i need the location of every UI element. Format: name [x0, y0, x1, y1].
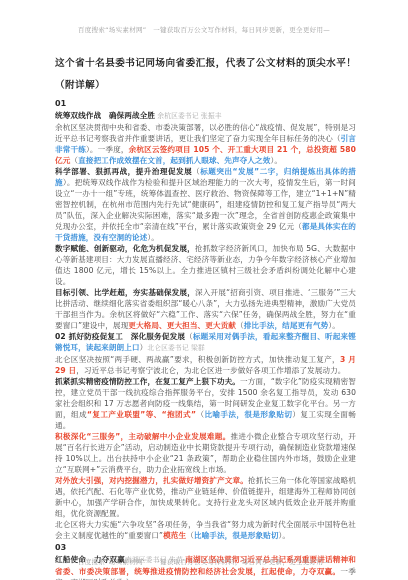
subheading-text: 02 抓好防疫促复工 深化服务促发展	[55, 332, 185, 341]
section-number: 03	[55, 542, 356, 554]
body-text: （	[236, 321, 244, 330]
author-byline: 余杭区委书记 张振丰	[155, 112, 222, 120]
body-text: ）。一季度，	[86, 145, 129, 154]
paragraph: 北仑区坚决按照“两手硬、两战赢”要求，积极创新防控方式，加快推动复工复产，3 月…	[55, 354, 356, 376]
highlight-text: 积极深化“三服务”，主动破解中小企业发展难题。	[55, 432, 230, 441]
article-body: 01统筹双线作战 确保两战全胜 余杭区委书记 张振丰余杭区坚决贯彻中央和省委、市…	[55, 97, 356, 580]
paragraph: 北仑区将大力实施“六争攻坚”各项任务，争当我省“努力成为新时代全面展示中国特色社…	[55, 519, 356, 541]
highlight-text: 模范生	[163, 531, 186, 540]
body-text: （	[186, 531, 194, 540]
annotation-text: 直接把工作成效摆在文首，起到抓人眼球、先声夺人之效	[78, 156, 270, 165]
footer-watermark: 百度搜索“场实素材网” 一键获取百万公文写作材料，每日同步更新，更全更好用—	[20, 558, 388, 567]
paragraph: 对外放大引强，对内挖掘潜力，扎实做好增资扩产文章。抢抓长三角一体化等国家战略机遇…	[55, 475, 356, 519]
paragraph: 统筹双线作战 确保两战全胜 余杭区委书记 张振丰	[55, 110, 356, 122]
paragraph: 科学部署、狠抓再战，提升治理促发展（标题突出“发展”二字，归纳提炼出具体的措施）…	[55, 166, 356, 243]
author-byline: 北仑区委书记 梁群	[147, 344, 204, 352]
body-text: 北仑区坚决按照“两手硬、两战赢”要求，积极创新防控方式，加快推动复工复产，	[55, 355, 340, 364]
body-text: ，习近平总书记考察宁波北仑，为北仑区进一步做好各项工作增添了发展动力。	[76, 366, 345, 375]
header-watermark: 百度搜索“场实素材网” 一键获取百万公文写作材料，每日同步更新，更全更好用—	[20, 26, 388, 35]
highlight-text: “复工产业联盟”等、“抱团式”	[87, 410, 196, 419]
subheading-text: 数字赋能、创新驱动，化危为机促发展，	[55, 244, 195, 253]
annotation-text: 比喻手法，很是形象贴切	[194, 531, 279, 540]
annotation-text: 排比手法，结尾更有气势	[244, 321, 329, 330]
body-text: （	[185, 332, 193, 341]
annotation-text: 比喻手法，很是形象贴切	[204, 410, 292, 419]
article-title-line2: （附详解）	[55, 75, 357, 97]
body-text: ）。	[270, 156, 282, 165]
paragraph: 02 抓好防疫促复工 深化服务促发展（标题采用对偶手法，看起来整齐醒目、听起来铿…	[55, 331, 356, 354]
body-text: ）。	[279, 531, 291, 540]
article-title-line1: 这个省十名县委书记同场向省委汇报，代表了公文材料的顶尖水平！	[55, 53, 357, 75]
subheading-text: 科学部署、狠抓再战，提升治理促发展	[55, 167, 192, 176]
body-text: （	[70, 156, 78, 165]
section-number: 01	[55, 98, 356, 110]
subheading-text: 抓紧抓实精密疫情防控工作，在复工复产上狠下功夫。	[55, 377, 240, 386]
subheading-text: 统筹双线作战 确保两战全胜	[55, 111, 155, 120]
highlight-text: 对外放大引强，对内挖掘潜力，扎实做好增资扩产文章。	[55, 476, 248, 485]
paragraph: 余杭区坚决贯彻中央和省委、市委决策部署，以必胜的信心“战疫情、促发展”，特别是习…	[55, 122, 356, 166]
body-text: ）。	[328, 321, 340, 330]
body-text: ）。	[147, 233, 159, 242]
paragraph: 数字赋能、创新驱动，化危为机促发展，抢抓数字经济新风口，加快布局 5G、大数据中…	[55, 243, 356, 287]
subheading-text: 目标引领、比学赶超，夯实基础保发展，	[55, 288, 195, 297]
body-text: 余杭区坚决贯彻中央和省委、市委决策部署，以必胜的信心“战疫情、促发展”，特别是习…	[55, 123, 356, 143]
paragraph: 目标引领、比学赶超，夯实基础保发展，深入开展“招商引资、项目推进、‘三服务’”三…	[55, 287, 356, 331]
paragraph: 积极深化“三服务”，主动破解中小企业发展难题。推进小微企业整合专项攻坚行动，开展…	[55, 431, 356, 475]
paragraph: 抓紧抓实精密疫情防控工作，在复工复产上狠下功夫。一方面，“数字化”防疫实现精密智…	[55, 376, 356, 431]
article-title: 这个省十名县委书记同场向省委汇报，代表了公文材料的顶尖水平！ （附详解）	[55, 53, 357, 96]
highlight-text: 更大格局、更大担当、更大贡献	[128, 321, 236, 330]
